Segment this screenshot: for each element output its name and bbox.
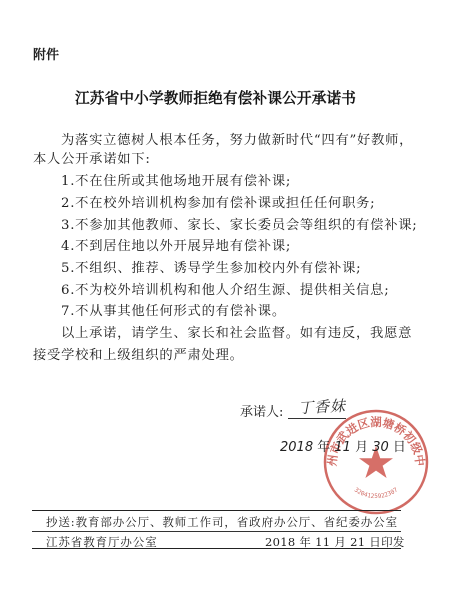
footer-rule-bottom [32,548,401,549]
signature-date: 2018 年 11 月 30 日 [280,436,406,455]
official-seal-stamp: 常州市武进区湖塘桥初级中学 3204125922307 [322,408,430,516]
document-title: 江苏省中小学教师拒绝有偿补课公开承诺书 [75,87,359,108]
closing-line: 以上承诺，请学生、家长和社会监督。如有违反，我愿意 [61,326,412,342]
cc-line: 抄送:教育部办公厅、教师工作司，省政府办公厅、省纪委办公室 [46,514,398,530]
signature-underline [288,418,346,419]
signatory-label: 承诺人: [240,401,283,420]
intro-line: 本人公开承诺如下: [33,152,151,168]
date-day: 30 [372,440,389,455]
date-month: 11 [334,440,351,455]
attachment-label: 附件 [33,44,59,63]
footer-rule-middle [32,531,401,532]
commitment-item: 5.不组织、推荐、诱导学生参加校内外有偿补课; [61,261,361,277]
commitment-item: 6.不为校外培训机构和他人介绍生源、提供相关信息; [61,283,389,299]
closing-line: 接受学校和上级组织的严肃处理。 [33,348,244,364]
signatory-name: 丁香妹 [297,395,346,418]
commitment-item: 7.不从事其他任何形式的有偿补课。 [61,304,286,320]
commitment-item: 3.不参加其他教师、家长、家长委员会等组织的有偿补课; [61,218,418,234]
footer-rule-top [32,510,401,511]
date-month-unit: 月 [355,440,368,455]
cc-label: 抄送: [46,515,76,529]
date-day-unit: 日 [393,440,406,455]
date-year-unit: 年 [317,440,330,455]
intro-line: 为落实立德树人根本任务，努力做新时代“四有”好教师， [61,133,413,149]
date-year: 2018 [280,440,313,455]
svg-text:3204125922307: 3204125922307 [353,486,400,500]
commitment-item: 2.不在校外培训机构参加有偿补课或担任任何职务; [61,196,375,212]
cc-recipients: 教育部办公厅、教师工作司，省政府办公厅、省纪委办公室 [76,515,398,529]
commitment-item: 4.不到居住地以外开展异地有偿补课; [61,239,291,255]
stamp-code: 3204125922307 [353,486,400,500]
commitment-item: 1.不在住所或其他场地开展有偿补课; [61,174,291,190]
